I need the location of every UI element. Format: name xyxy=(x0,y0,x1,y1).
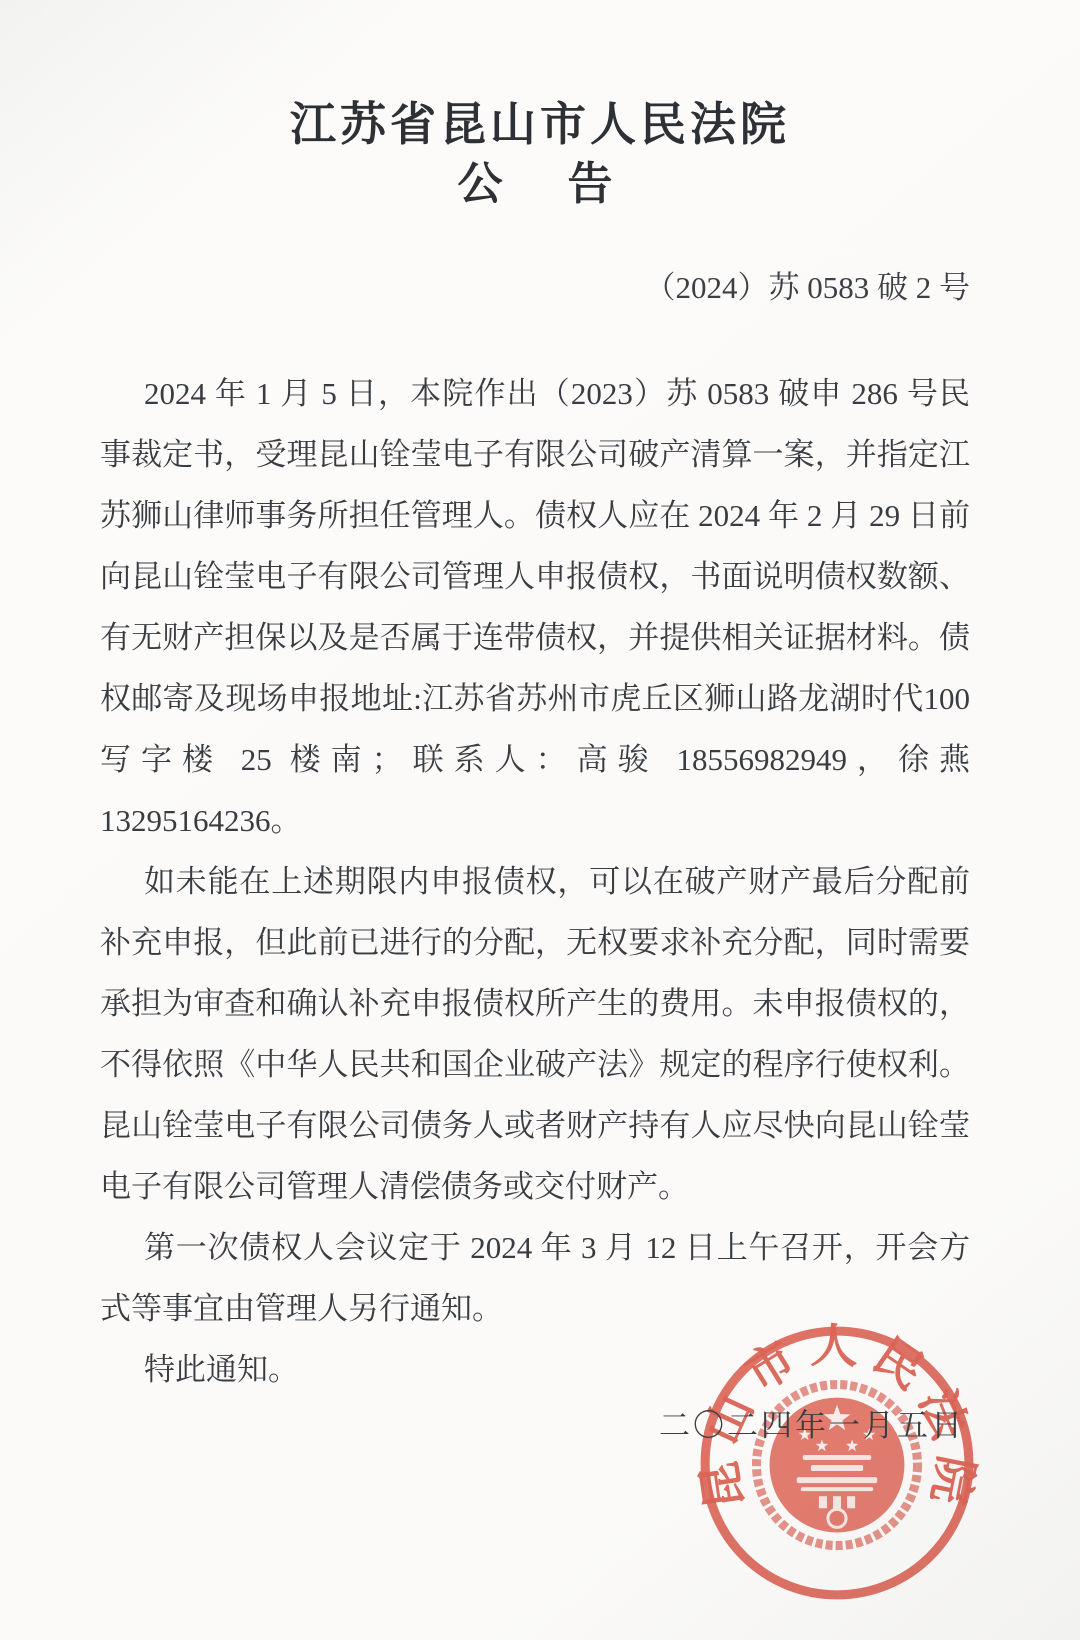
case-number: （2024）苏 0583 破 2 号 xyxy=(0,262,1080,307)
announcement-body: 2024 年 1 月 5 日，本院作出（2023）苏 0583 破申 286 号… xyxy=(0,363,1080,1400)
paragraph-late-claims: 如未能在上述期限内申报债权，可以在破产财产最后分配前补充申报，但此前已进行的分配… xyxy=(100,851,970,1217)
issue-date: 二〇二四年一月五日 xyxy=(659,1400,965,1445)
announcement-title: 公 告 xyxy=(0,156,1080,212)
paragraph-filing: 2024 年 1 月 5 日，本院作出（2023）苏 0583 破申 286 号… xyxy=(100,363,970,851)
court-name-title: 江苏省昆山市人民法院 xyxy=(0,0,1080,154)
court-announcement-page: 江苏省昆山市人民法院 公 告 （2024）苏 0583 破 2 号 2024 年… xyxy=(0,0,1080,1640)
court-seal-stamp: 昆山市人民法院 xyxy=(686,1312,988,1614)
